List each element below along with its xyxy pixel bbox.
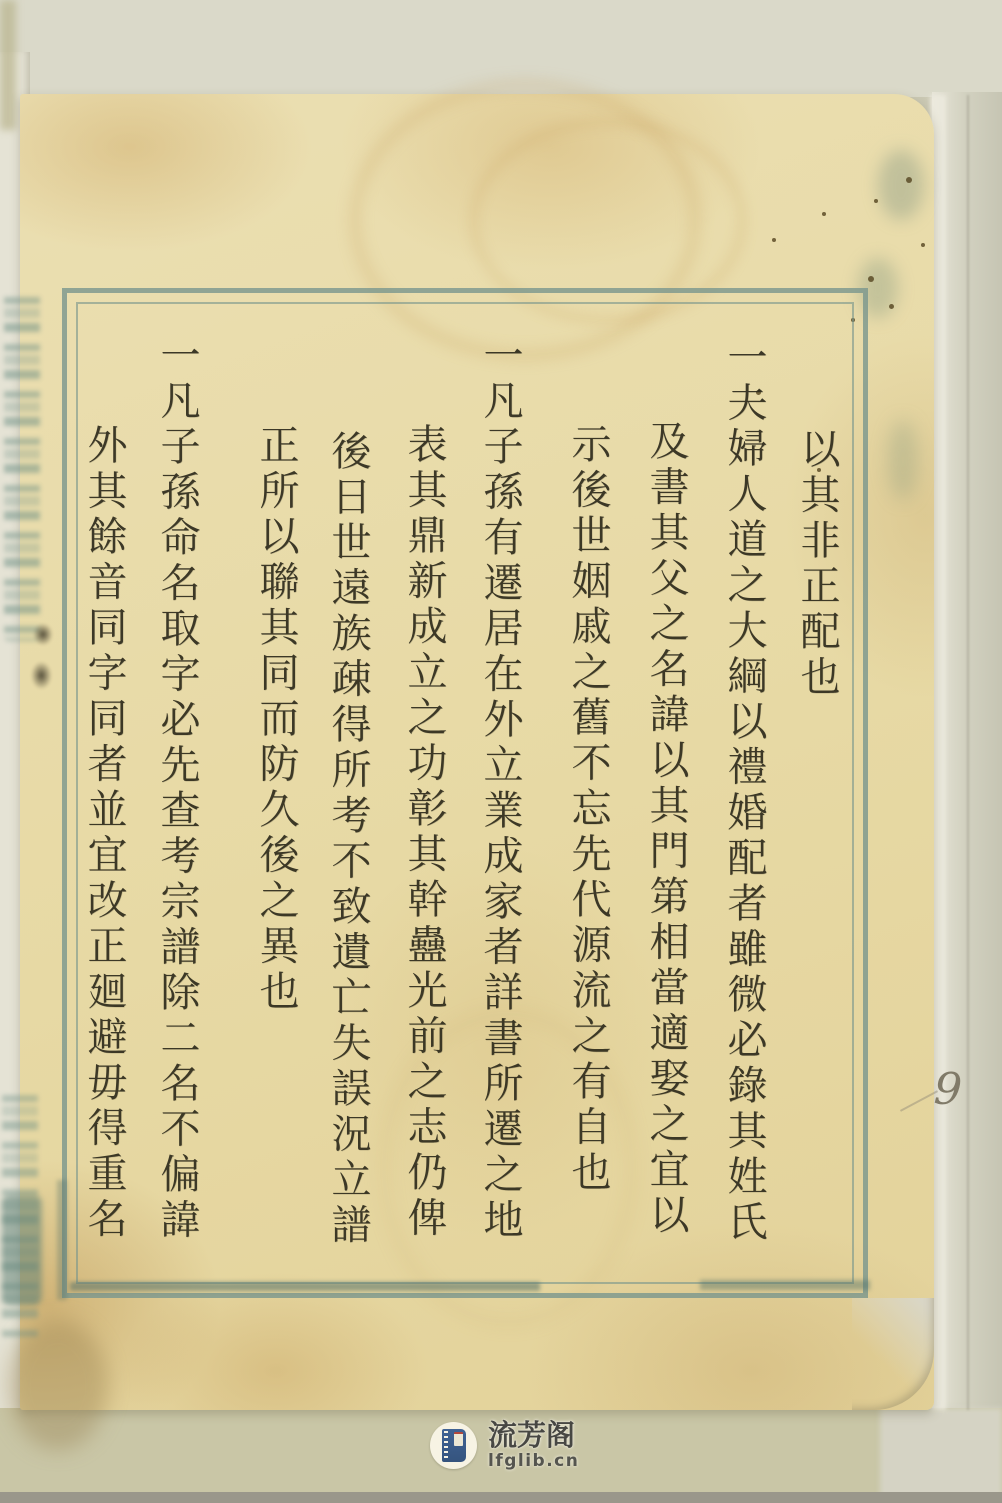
- text-column-2: 一夫婦人道之大綱以禮婚配者雖微必錄其姓氏: [722, 336, 766, 1246]
- page-crease: [967, 95, 969, 1410]
- text-column-6: 表其鼎新成立之功彰其幹蠱光前之志仍俾: [402, 423, 446, 1242]
- watermark-site-name: 流芳阁: [488, 1421, 579, 1450]
- manuscript-scan: 以其非正配也 一夫婦人道之大綱以禮婚配者雖微必錄其姓氏 及書其父之名諱以其門第相…: [0, 0, 1002, 1503]
- text-column-10: 外其餘音同字同者並宜改正廻避毋得重名: [82, 424, 126, 1243]
- paper-streak: [0, 0, 16, 130]
- watermark: 流芳阁 lfglib.cn: [430, 1416, 590, 1474]
- text-column-9: 一凡子孫命名取字必先查考宗譜除二名不偏諱: [155, 334, 199, 1244]
- frame-ink-smudge: [57, 1180, 67, 1300]
- ink-speck: [906, 177, 912, 183]
- ink-speck: [772, 238, 776, 242]
- text-column-8: 正所以聯其同而防久後之異也: [254, 424, 298, 1016]
- frame-ink-smudge: [70, 1282, 540, 1291]
- text-column-7: 後日世遠族疎得所考不致遺亡失誤況立譜: [326, 430, 370, 1249]
- faded-seal-upper: [4, 292, 40, 642]
- faded-seal-patch: [2, 1195, 42, 1305]
- book-icon: [442, 1429, 466, 1462]
- ink-mark-left-edge: [27, 618, 59, 700]
- frame-ink-smudge: [700, 1280, 870, 1290]
- watermark-site-url: lfglib.cn: [488, 1453, 579, 1470]
- mold-stain: [878, 150, 924, 220]
- ink-speck: [868, 276, 874, 282]
- text-column-1: 以其非正配也: [795, 428, 839, 701]
- folio-number: 9: [933, 1063, 964, 1115]
- text-column-3: 及書其父之名諱以其門第相當適娶之宜以: [644, 420, 688, 1239]
- backing-board-corner: [880, 1408, 1002, 1503]
- text-column-4: 示後世姻戚之舊不忘先代源流之有自也: [566, 423, 610, 1197]
- watermark-badge: [430, 1422, 477, 1469]
- mold-stain: [888, 420, 918, 500]
- watermark-text: 流芳阁 lfglib.cn: [488, 1421, 579, 1470]
- ink-speck: [874, 199, 878, 203]
- ink-speck: [822, 212, 826, 216]
- scan-bottom-edge: [0, 1492, 1002, 1503]
- text-column-5: 一凡子孫有遷居在外立業成家者詳書所遷之地: [478, 334, 522, 1244]
- ink-speck: [889, 304, 894, 309]
- ink-speck: [921, 243, 925, 247]
